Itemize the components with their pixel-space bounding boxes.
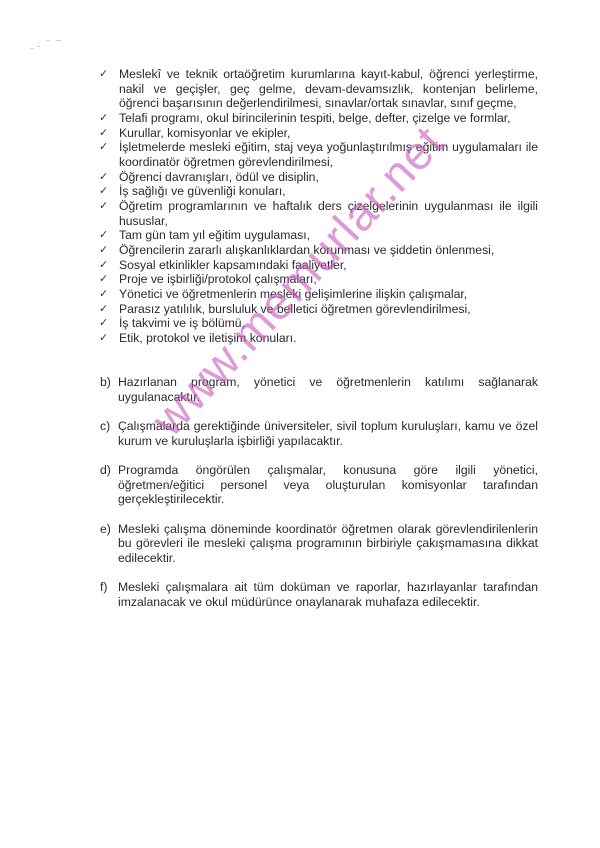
provision-text: Çalışmalarda gerektiğinde üniversiteler,… [118, 419, 538, 448]
provision-d: d)Programda öngörülen çalışmalar, konusu… [98, 463, 538, 507]
checklist-text: Öğrenci davranışları, ödül ve disiplin, [119, 170, 319, 184]
checklist-text: Meslekî ve teknik ortaöğretim kurumların… [119, 67, 538, 110]
checkmark-icon: ✓ [99, 170, 108, 185]
checkmark-icon: ✓ [99, 287, 108, 302]
checkmark-icon: ✓ [99, 258, 108, 273]
checkmark-icon: ✓ [99, 67, 108, 82]
scan-specks [30, 40, 90, 54]
checklist-item: ✓Meslekî ve teknik ortaöğretim kurumları… [98, 67, 538, 111]
checklist-text: Telafi programı, okul birincilerinin tes… [119, 111, 511, 125]
provision-e: e)Mesleki çalışma döneminde koordinatör … [98, 522, 538, 566]
checklist-item: ✓İş takvimi ve iş bölümü, [98, 316, 538, 331]
provision-label: b) [100, 375, 111, 390]
checkmark-icon: ✓ [99, 111, 108, 126]
document-page: ✓Meslekî ve teknik ortaöğretim kurumları… [0, 0, 600, 848]
checklist-text: Proje ve işbirliği/protokol çalışmaları, [119, 272, 317, 286]
lettered-provisions: b)Hazırlanan program, yönetici ve öğretm… [98, 375, 538, 609]
checkmark-icon: ✓ [99, 228, 108, 243]
provision-text: Mesleki çalışmalara ait tüm doküman ve r… [118, 580, 538, 609]
checklist-text: İşletmelerde mesleki eğitim, staj veya y… [119, 140, 538, 169]
provision-text: Mesleki çalışma döneminde koordinatör öğ… [118, 522, 538, 565]
checklist-item: ✓İş sağlığı ve güvenliği konuları, [98, 184, 538, 199]
checklist-text: Parasız yatılılık, bursluluk ve belletic… [119, 302, 471, 316]
checklist-item: ✓Kurullar, komisyonlar ve ekipler, [98, 126, 538, 141]
checklist-item: ✓Parasız yatılılık, bursluluk ve belleti… [98, 302, 538, 317]
checkmark-icon: ✓ [99, 199, 108, 214]
provision-label: d) [100, 463, 111, 478]
checkmark-icon: ✓ [99, 316, 108, 331]
checkmark-icon: ✓ [99, 331, 108, 346]
checklist-item: ✓Öğrenci davranışları, ödül ve disiplin, [98, 170, 538, 185]
checklist-text: Etik, protokol ve iletişim konuları. [119, 331, 296, 345]
checklist-text: Kurullar, komisyonlar ve ekipler, [119, 126, 290, 140]
checklist-item: ✓Telafi programı, okul birincilerinin te… [98, 111, 538, 126]
checkmark-icon: ✓ [99, 140, 108, 155]
checklist-item: ✓Yönetici ve öğretmenlerin mesleki geliş… [98, 287, 538, 302]
provision-text: Hazırlanan program, yönetici ve öğretmen… [118, 375, 538, 404]
checkmark-icon: ✓ [99, 302, 108, 317]
topic-checklist: ✓Meslekî ve teknik ortaöğretim kurumları… [98, 67, 538, 345]
checklist-item: ✓Proje ve işbirliği/protokol çalışmaları… [98, 272, 538, 287]
checkmark-icon: ✓ [99, 243, 108, 258]
checklist-item: ✓İşletmelerde mesleki eğitim, staj veya … [98, 140, 538, 169]
checkmark-icon: ✓ [99, 272, 108, 287]
provision-text: Programda öngörülen çalışmalar, konusuna… [118, 463, 538, 506]
checkmark-icon: ✓ [99, 184, 108, 199]
checklist-item: ✓Öğretim programlarının ve haftalık ders… [98, 199, 538, 228]
provision-label: f) [100, 580, 107, 595]
checklist-text: Sosyal etkinlikler kapsamındaki faaliyet… [119, 258, 347, 272]
provision-c: c)Çalışmalarda gerektiğinde üniversitele… [98, 419, 538, 448]
checklist-item: ✓Sosyal etkinlikler kapsamındaki faaliye… [98, 258, 538, 273]
checkmark-icon: ✓ [99, 126, 108, 141]
checklist-text: İş sağlığı ve güvenliği konuları, [119, 184, 286, 198]
checklist-item: ✓Etik, protokol ve iletişim konuları. [98, 331, 538, 346]
checklist-text: Tam gün tam yıl eğitim uygulaması, [119, 228, 310, 242]
checklist-item: ✓Tam gün tam yıl eğitim uygulaması, [98, 228, 538, 243]
checklist-text: İş takvimi ve iş bölümü, [119, 316, 245, 330]
provision-label: e) [100, 522, 111, 537]
provision-f: f)Mesleki çalışmalara ait tüm doküman ve… [98, 580, 538, 609]
checklist-item: ✓Öğrencilerin zararlı alışkanlıklardan k… [98, 243, 538, 258]
checklist-text: Öğretim programlarının ve haftalık ders … [119, 199, 538, 228]
provision-b: b)Hazırlanan program, yönetici ve öğretm… [98, 375, 538, 404]
checklist-text: Yönetici ve öğretmenlerin mesleki gelişi… [119, 287, 467, 301]
document-body: ✓Meslekî ve teknik ortaöğretim kurumları… [98, 67, 538, 624]
provision-label: c) [100, 419, 110, 434]
checklist-text: Öğrencilerin zararlı alışkanlıklardan ko… [119, 243, 494, 257]
